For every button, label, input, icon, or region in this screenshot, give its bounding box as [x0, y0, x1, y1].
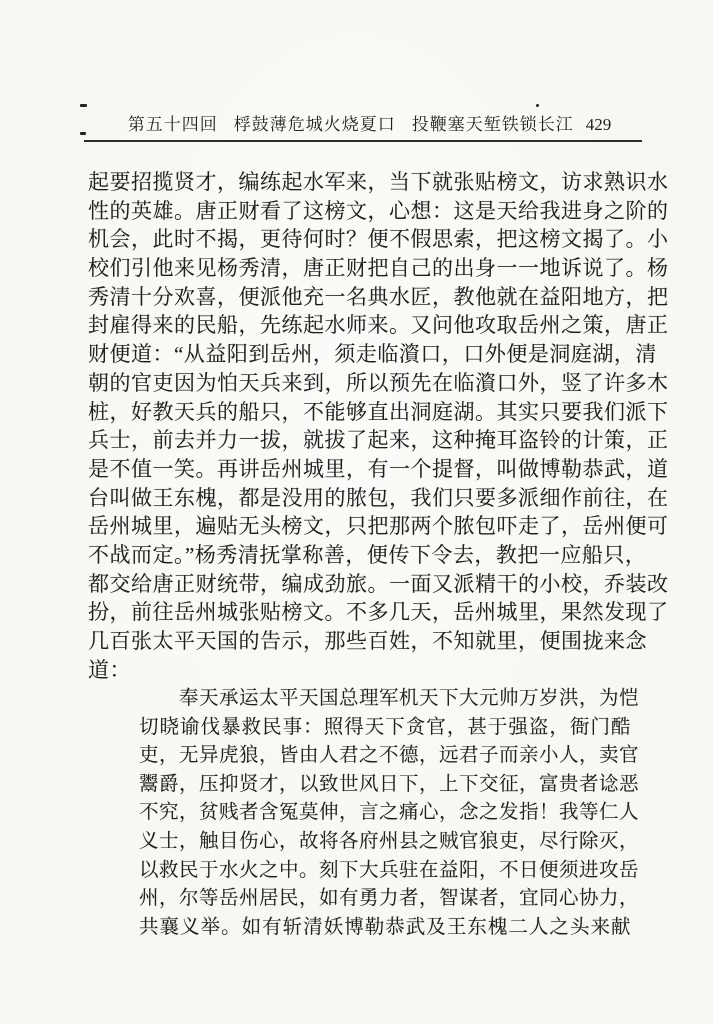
body-text-line: 扮，前往岳州城张贴榜文。不多几天，岳州城里，果然发现了 — [88, 598, 631, 627]
body-text-line: 性的英雄。唐正财看了这榜文，心想：这是天给我进身之阶的 — [88, 197, 631, 226]
body-text-line: 几百张太平天国的告示，那些百姓，不知就里，便围拢来念 — [88, 627, 631, 656]
scanned-book-page: 第五十四回 桴鼓薄危城火烧夏口 投鞭塞天堑铁锁长江 429 起要招揽贤才，编练起… — [0, 0, 713, 1024]
body-text-line: 封雇得来的民船，先练起水师来。又问他攻取岳州之策，唐正 — [88, 311, 631, 340]
chapter-title-first-half: 桴鼓薄危城火烧夏口 — [234, 110, 396, 135]
proclamation-text-line: 吏，无异虎狼，皆由人君之不德，远君子而亲小人，卖官 — [139, 742, 631, 771]
proclamation-text-line: 共襄义举。如有斩清妖博勒恭武及王东槐二人之头来献 — [139, 914, 631, 943]
body-text-line: 道： — [88, 656, 631, 685]
body-text-line: 朝的官吏因为怕天兵来到，所以预先在临澬口外，竖了许多木 — [88, 369, 631, 398]
body-text-line: 是不值一笑。再讲岳州城里，有一个提督，叫做博勒恭武，道 — [88, 455, 631, 484]
body-text-line: 兵士，前去并力一拔，就拔了起来，这种掩耳盗铃的计策，正 — [88, 426, 631, 455]
proclamation-text-line: 以救民于水火之中。刻下大兵驻在益阳，不日便须进攻岳 — [139, 857, 631, 886]
chapter-title-second-half: 投鞭塞天堑铁锁长江 — [412, 110, 574, 135]
body-text-line: 不战而定。”杨秀清抚掌称善，便传下令去，教把一应船只， — [88, 541, 631, 570]
body-text-line: 机会，此时不揭，更待何时？便不假思索，把这榜文揭了。小 — [88, 225, 631, 254]
chapter-number: 第五十四回 — [128, 110, 218, 135]
proclamation-text-line: 奉天承运太平天国总理军机天下大元帅万岁洪，为恺 — [139, 685, 631, 714]
proclamation-blockquote: 奉天承运太平天国总理军机天下大元帅万岁洪，为恺切晓谕伐暴救民事：照得天下贪官，甚… — [139, 685, 631, 942]
scan-artifact — [80, 132, 86, 135]
body-text-line: 桩，好教天兵的船只，不能够直出洞庭湖。其实只要我们派下 — [88, 398, 631, 427]
main-paragraph: 起要招揽贤才，编练起水军来，当下就张贴榜文，访求熟识水性的英雄。唐正财看了这榜文… — [88, 168, 631, 684]
header-divider-rule — [84, 140, 642, 142]
body-text-line: 起要招揽贤才，编练起水军来，当下就张贴榜文，访求熟识水 — [88, 168, 631, 197]
proclamation-text-line: 切晓谕伐暴救民事：照得天下贪官，甚于强盗，衙门酷 — [139, 714, 631, 743]
body-text-line: 校们引他来见杨秀清，唐正财把自己的出身一一地诉说了。杨 — [88, 254, 631, 283]
scan-artifact — [80, 104, 87, 107]
body-text-line: 都交给唐正财统带，编成劲旅。一面又派精干的小校，乔装改 — [88, 570, 631, 599]
page-number: 429 — [586, 115, 612, 135]
body-text-line: 岳州城里，遍贴无头榜文，只把那两个脓包吓走了，岳州便可 — [88, 512, 631, 541]
proclamation-text-line: 义士，触目伤心，故将各府州县之贼官狼吏，尽行除灭， — [139, 828, 631, 857]
body-text-line: 秀清十分欢喜，便派他充一名典水匠，教他就在益阳地方，把 — [88, 283, 631, 312]
body-text-line: 财便道：“从益阳到岳州，须走临澬口，口外便是洞庭湖，清 — [88, 340, 631, 369]
proclamation-text-line: 鬻爵，压抑贤才，以致世风日下，上下交征，富贵者谂恶 — [139, 771, 631, 800]
scan-artifact — [536, 104, 539, 107]
proclamation-text-line: 州，尔等岳州居民，如有勇力者，智谋者，宜同心协力， — [139, 885, 631, 914]
body-text-line: 台叫做王东槐，都是没用的脓包，我们只要多派细作前往，在 — [88, 484, 631, 513]
proclamation-text-line: 不究，贫贱者含冤莫伸，言之痛心，念之发指！我等仁人 — [139, 799, 631, 828]
running-head: 第五十四回 桴鼓薄危城火烧夏口 投鞭塞天堑铁锁长江 429 — [88, 110, 643, 135]
